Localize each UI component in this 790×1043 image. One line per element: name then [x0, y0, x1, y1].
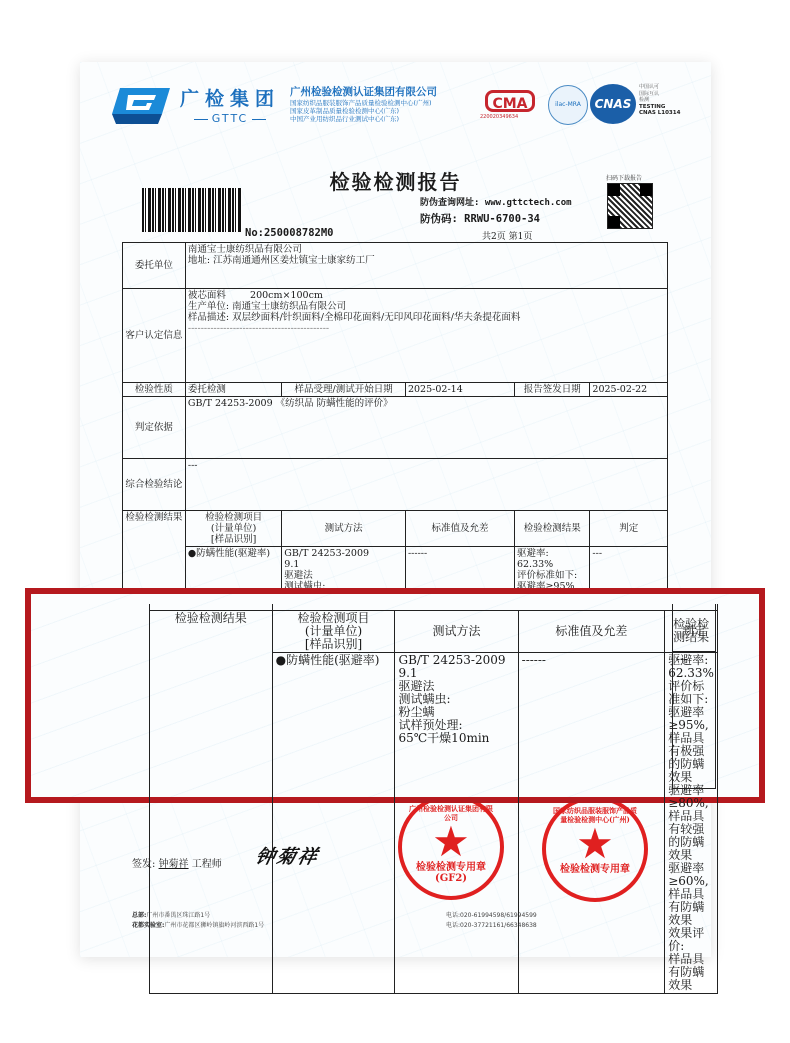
col-verdict-zoomed: 判定	[673, 611, 715, 652]
row-item-zoomed: ●防螨性能(驱避率)	[272, 652, 395, 993]
qr-code-icon[interactable]	[607, 183, 653, 229]
client-value: 南通宝士康纺织品有限公司 地址: 江苏南通通州区姜灶镇宝士康家纺工厂	[185, 243, 667, 289]
barcode-icon	[142, 188, 242, 232]
qr-label: 扫码下载报告	[606, 173, 642, 182]
company-name: 广州检验检测认证集团有限公司	[290, 84, 437, 99]
sub-center-2: 国家皮革制品质量检验检测中心(广东)	[290, 107, 399, 115]
nature-value: 委托检测	[185, 383, 281, 397]
issue-date-value: 2025-02-22	[590, 383, 668, 397]
col-item: 检验检测项目 (计量单位) [样品识别]	[185, 511, 281, 547]
sub-center-3: 中国产业用纺织品行业测试中心(广东)	[290, 115, 399, 123]
verdict-column-zoomed: 判定 ---	[672, 604, 716, 789]
col-method-zoomed: 测试方法	[395, 610, 518, 652]
page-count: 共2页 第1页	[482, 229, 532, 242]
report-number: No:250008782M0	[245, 227, 334, 239]
row-method-zoomed: GB/T 24253-2009 9.1 驱避法 测试螨虫: 粉尘螨 试样预处理:…	[395, 652, 518, 993]
start-date-label: 样品受理/测试开始日期	[282, 383, 406, 397]
customer-info-value: 被芯面料 200cm×100cm 生产单位: 南通宝士康纺织品有限公司 样品描述…	[185, 289, 667, 383]
results-label-zoomed: 检验检测结果	[149, 610, 272, 993]
results-table-zoomed: 检验检测结果 检验检测项目 (计量单位) [样品识别] 测试方法 标准值及允差 …	[80, 604, 718, 994]
brand-name-cn: 广检集团	[180, 84, 280, 111]
customer-info-label: 客户认定信息	[123, 289, 186, 383]
gttc-logo-icon	[112, 84, 174, 126]
basis-label: 判定依据	[123, 397, 186, 459]
highlight-zoom-box: 检验检测结果 检验检测项目 (计量单位) [样品识别] 测试方法 标准值及允差 …	[25, 588, 765, 803]
basis-value: GB/T 24253-2009 《纺织品 防螨性能的评价》	[185, 397, 667, 459]
col-result: 检验检测结果	[514, 511, 589, 547]
conclusion-value: ---	[185, 459, 667, 511]
client-label: 委托单位	[123, 243, 186, 289]
col-standard-zoomed: 标准值及允差	[518, 610, 665, 652]
row-verdict-zoomed: ---	[673, 652, 715, 667]
col-standard: 标准值及允差	[405, 511, 514, 547]
sub-center-1: 国家纺织品服装服饰产品质量检验检测中心(广州)	[290, 99, 432, 107]
conclusion-label: 综合检验结论	[123, 459, 186, 511]
cnas-logo-icon: CNAS	[590, 84, 636, 124]
row-standard-zoomed: ------	[518, 652, 665, 993]
col-verdict: 判定	[590, 511, 668, 547]
col-item-zoomed: 检验检测项目 (计量单位) [样品识别]	[272, 610, 395, 652]
anti-fake-site: 防伪查询网址: www.gttctech.com	[420, 195, 572, 208]
cma-number: 220020349634	[480, 114, 518, 120]
brand-name-en: GTTC	[180, 112, 280, 125]
col-method: 测试方法	[282, 511, 406, 547]
cnas-text: 中国认可 国际互认 检测 TESTING CNAS L10314	[639, 84, 680, 117]
issue-date-label: 报告签发日期	[514, 383, 589, 397]
nature-label: 检验性质	[123, 383, 186, 397]
start-date-value: 2025-02-14	[405, 383, 514, 397]
cma-logo-icon: CMA	[485, 90, 535, 112]
anti-fake-code: 防伪码: RRWU-6700-34	[420, 211, 540, 226]
ilac-mra-logo-icon: ilac-MRA	[548, 85, 588, 125]
